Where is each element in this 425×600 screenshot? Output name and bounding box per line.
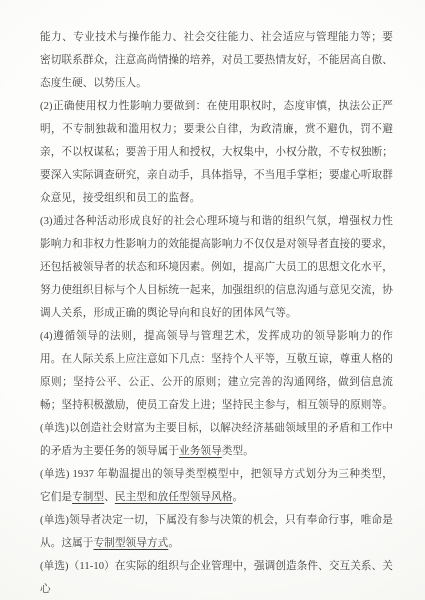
text-segment: (3)通过各种活动形成良好的社会心理环境与和谐的组织气氛，增强权力性影响力和非权… <box>40 216 393 319</box>
text-segment: 。 <box>233 492 244 503</box>
paragraph: (4)遵循领导的法则，提高领导与管理艺术，发挥成功的领导影响力的作用。在人际关系… <box>40 325 393 417</box>
underlined-term: 专制型领导方式 <box>93 538 168 549</box>
paragraph: (单选) 1937 年勒温提出的领导类型模型中，把领导方式划分为三种类型，它们是… <box>40 463 393 509</box>
text-segment: 能力、专业技术与操作能力、社会交往能力、社会适应与管理能力等；要 密切联系群众，… <box>40 32 393 89</box>
paragraph: (单选)以创造社会财富为主要目标，以解决经济基础领域里的矛盾和工作中的矛盾为主要… <box>40 417 393 463</box>
paragraph: 能力、专业技术与操作能力、社会交往能力、社会适应与管理能力等；要 密切联系群众，… <box>40 26 393 95</box>
text-segment: 类型。 <box>222 446 254 457</box>
underlined-term: 专制型 <box>72 492 104 503</box>
text-segment: (4)遵循领导的法则，提高领导与管理艺术，发挥成功的领导影响力的作用。在人际关系… <box>40 331 393 411</box>
text-block: 能力、专业技术与操作能力、社会交往能力、社会适应与管理能力等；要 密切联系群众，… <box>40 26 393 600</box>
underlined-term: 业务领导 <box>179 446 222 457</box>
paragraph: (2)正确使用权力性影响力要做到：在使用职权时，态度审慎，执法公正严明，不专制独… <box>40 95 393 210</box>
text-segment: (2)正确使用权力性影响力要做到：在使用职权时，态度审慎，执法公正严明，不专制独… <box>40 101 393 204</box>
underlined-term: 民主型和放任型领导风格 <box>115 492 233 503</box>
document-page: 能力、专业技术与操作能力、社会交往能力、社会适应与管理能力等；要 密切联系群众，… <box>0 0 425 600</box>
text-segment: (单选)（11-10）在实际的组织与企业管理中，强调创造条件、交互关系、关心 <box>40 561 393 595</box>
text-segment: 、 <box>104 492 115 503</box>
text-segment: 。 <box>168 538 179 549</box>
paragraph: (单选)领导者决定一切，下属没有参与决策的机会，只有奉命行事，唯命是从。这属于专… <box>40 509 393 555</box>
paragraph: (3)通过各种活动形成良好的社会心理环境与和谐的组织气氛，增强权力性影响力和非权… <box>40 210 393 325</box>
paragraph: (单选)（11-10）在实际的组织与企业管理中，强调创造条件、交互关系、关心 <box>40 555 393 600</box>
